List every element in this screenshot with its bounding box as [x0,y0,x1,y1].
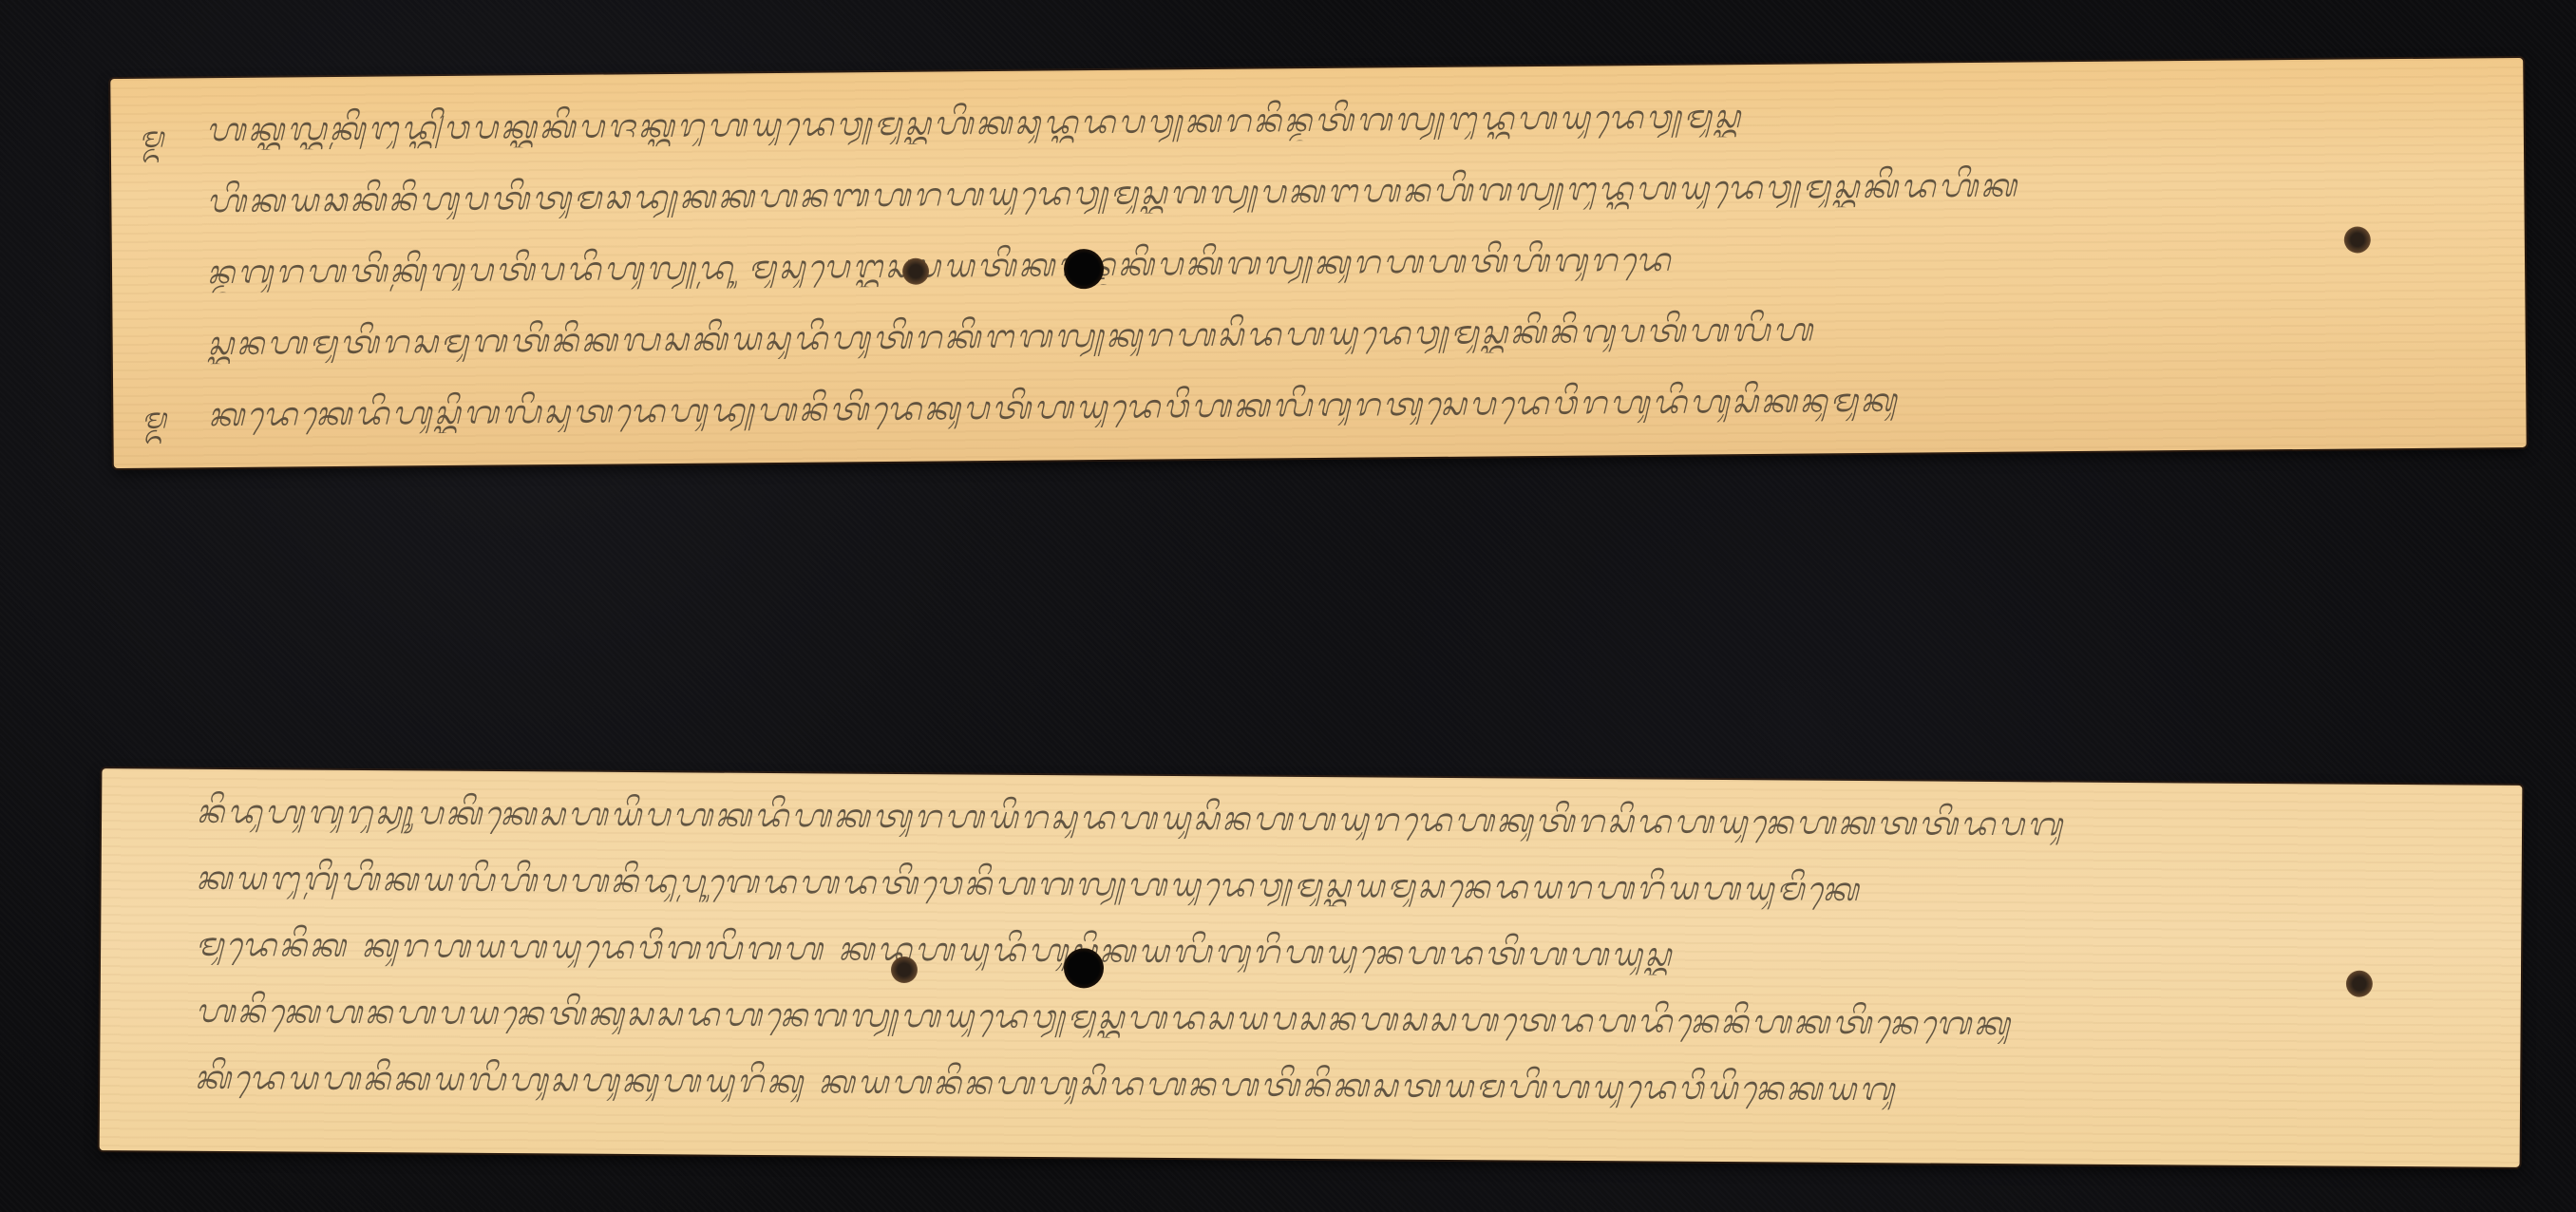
script-line: ᬦᬶᬤᬸᬳᬸᬕᬸᬭᬸᬲ᭄ᬬᬸᬧᬓᬶᬓᬾᬲᬳᬬᬶᬧᬳᬓᬤᬶᬳᬓᬢᬸᬭᬳᬬᬶᬭᬲᬸᬤ… [197,788,2436,847]
script-line: ᬓᬤᬾᬓᬾᬤᬶᬳᬸᬲ᭄ᬓᬶᬕᬮᬶᬲᬸᬢᬤᬾᬳᬸᬤ᭄ᬬᬳᬦᬶᬢᬶᬤᬾᬓᬸᬧᬢᬶᬳᬬ… [208,372,2440,436]
script-line: ᬳᬦᬶᬓᬾᬳᬦᬳᬧᬬᬦᬾᬢᬶᬓᬸᬲᬲᬤᬳᬦᬾᬕᬮ᭄ᬬᬳᬬᬸᬤᬾᬯ᭄ᬬᬫᬸᬲ᭄ᬓᬳ… [196,988,2435,1047]
binding-hole [2346,971,2373,997]
binding-hole [902,258,929,285]
script-line: ᬲ᭄ᬓᬦᬳᬫᬸᬢᬶᬭᬲᬫᬸᬕᬢᬶᬦᬶᬓᬮᬲᬓᬶᬬᬲᬸᬤᬶᬳᬸᬢᬶᬭᬓᬶᬗᬕᬮ᭄ᬬ… [207,301,2439,365]
binding-hole [1064,249,1104,289]
margin-mark: ᬫ᭄ᬤ [140,117,164,168]
palm-leaf-manuscript-bottom: ᬦᬶᬤᬸᬳᬸᬕᬸᬭᬸᬲ᭄ᬬᬸᬧᬓᬶᬓᬾᬲᬳᬬᬶᬧᬳᬓᬤᬶᬳᬓᬢᬸᬭᬳᬬᬶᬭᬲᬸᬤ… [100,768,2523,1167]
margin-mark: ᬫ᭄ᬤ [142,398,166,449]
script-line: ᬓᬬᬗᬸᬕ᭄ᬭᬶᬳᬶᬓᬬᬮᬶᬳᬶᬧᬳᬦᬶᬤᬸᬧ᭄ᬭᬸᬕᬾᬤᬳᬤᬢᬶᬯᬾᬦᬶᬳᬕᬮ… [196,855,2435,914]
binding-hole [891,956,918,983]
binding-hole [2344,226,2371,253]
script-line: ᬦ᭄ᬤᬕᬸᬭᬳᬢᬶᬓ᭄ᬭᬶᬕᬸᬧᬢᬶᬧᬤᬶᬳᬸᬮ᭄ᬬᬤ᭄ᬭᬸ ᬫᬸᬲᬸᬧᬾᬗ᭄ᬓ… [207,230,2439,294]
script-line: ᬳᬓ᭄ᬓᬸᬮ᭄ᬓᬸᬓ᭄ᬭᬶᬗᬸᬤ᭄ᬕ᭄ᬭᬶᬯᬧᬓ᭄ᬓᬓᬶᬧᬚᬓ᭄ᬕᬸᬭᬸᬳᬬᬸᬤ… [206,87,2438,151]
palm-leaf-manuscript-top: ᬫ᭄ᬤ ᬳᬓ᭄ᬓᬸᬮ᭄ᬓᬸᬓ᭄ᬭᬶᬗᬸᬤ᭄ᬕ᭄ᬭᬶᬯᬧᬓ᭄ᬓᬓᬶᬧᬚᬓ᭄ᬕᬸᬭᬸ… [110,58,2526,468]
script-line: ᬫᬸᬤᬾᬦᬶᬓ ᬓᬸᬭᬳᬬᬳᬬᬸᬤᬾᬯᬶᬕᬮᬶᬕᬳ ᬓᬤᬳᬬᬸᬤᬶᬳᬸᬲᬶᬓᬬᬮ… [196,921,2435,980]
script-line: ᬓᬶᬤᬾᬬᬳᬦᬶᬓᬬᬮᬶᬳᬸᬲᬳᬸᬓᬸᬳᬬᬸᬭᬶᬓᬸ ᬓᬬᬳᬦᬶᬦᬳᬳᬸᬲᬶᬤᬳ… [195,1054,2434,1113]
script-line: ᬳᬶᬓᬬᬘᬓᬶᬦᬶᬳᬸᬧᬢᬶᬢᬸᬫᬘᬤ᭄ᬬᬓᬓᬳᬦᬩᬳᬭᬳᬬᬸᬤᬾᬯ᭄ᬬᬫᬸᬲ᭄… [206,159,2438,222]
binding-hole [1064,948,1104,988]
